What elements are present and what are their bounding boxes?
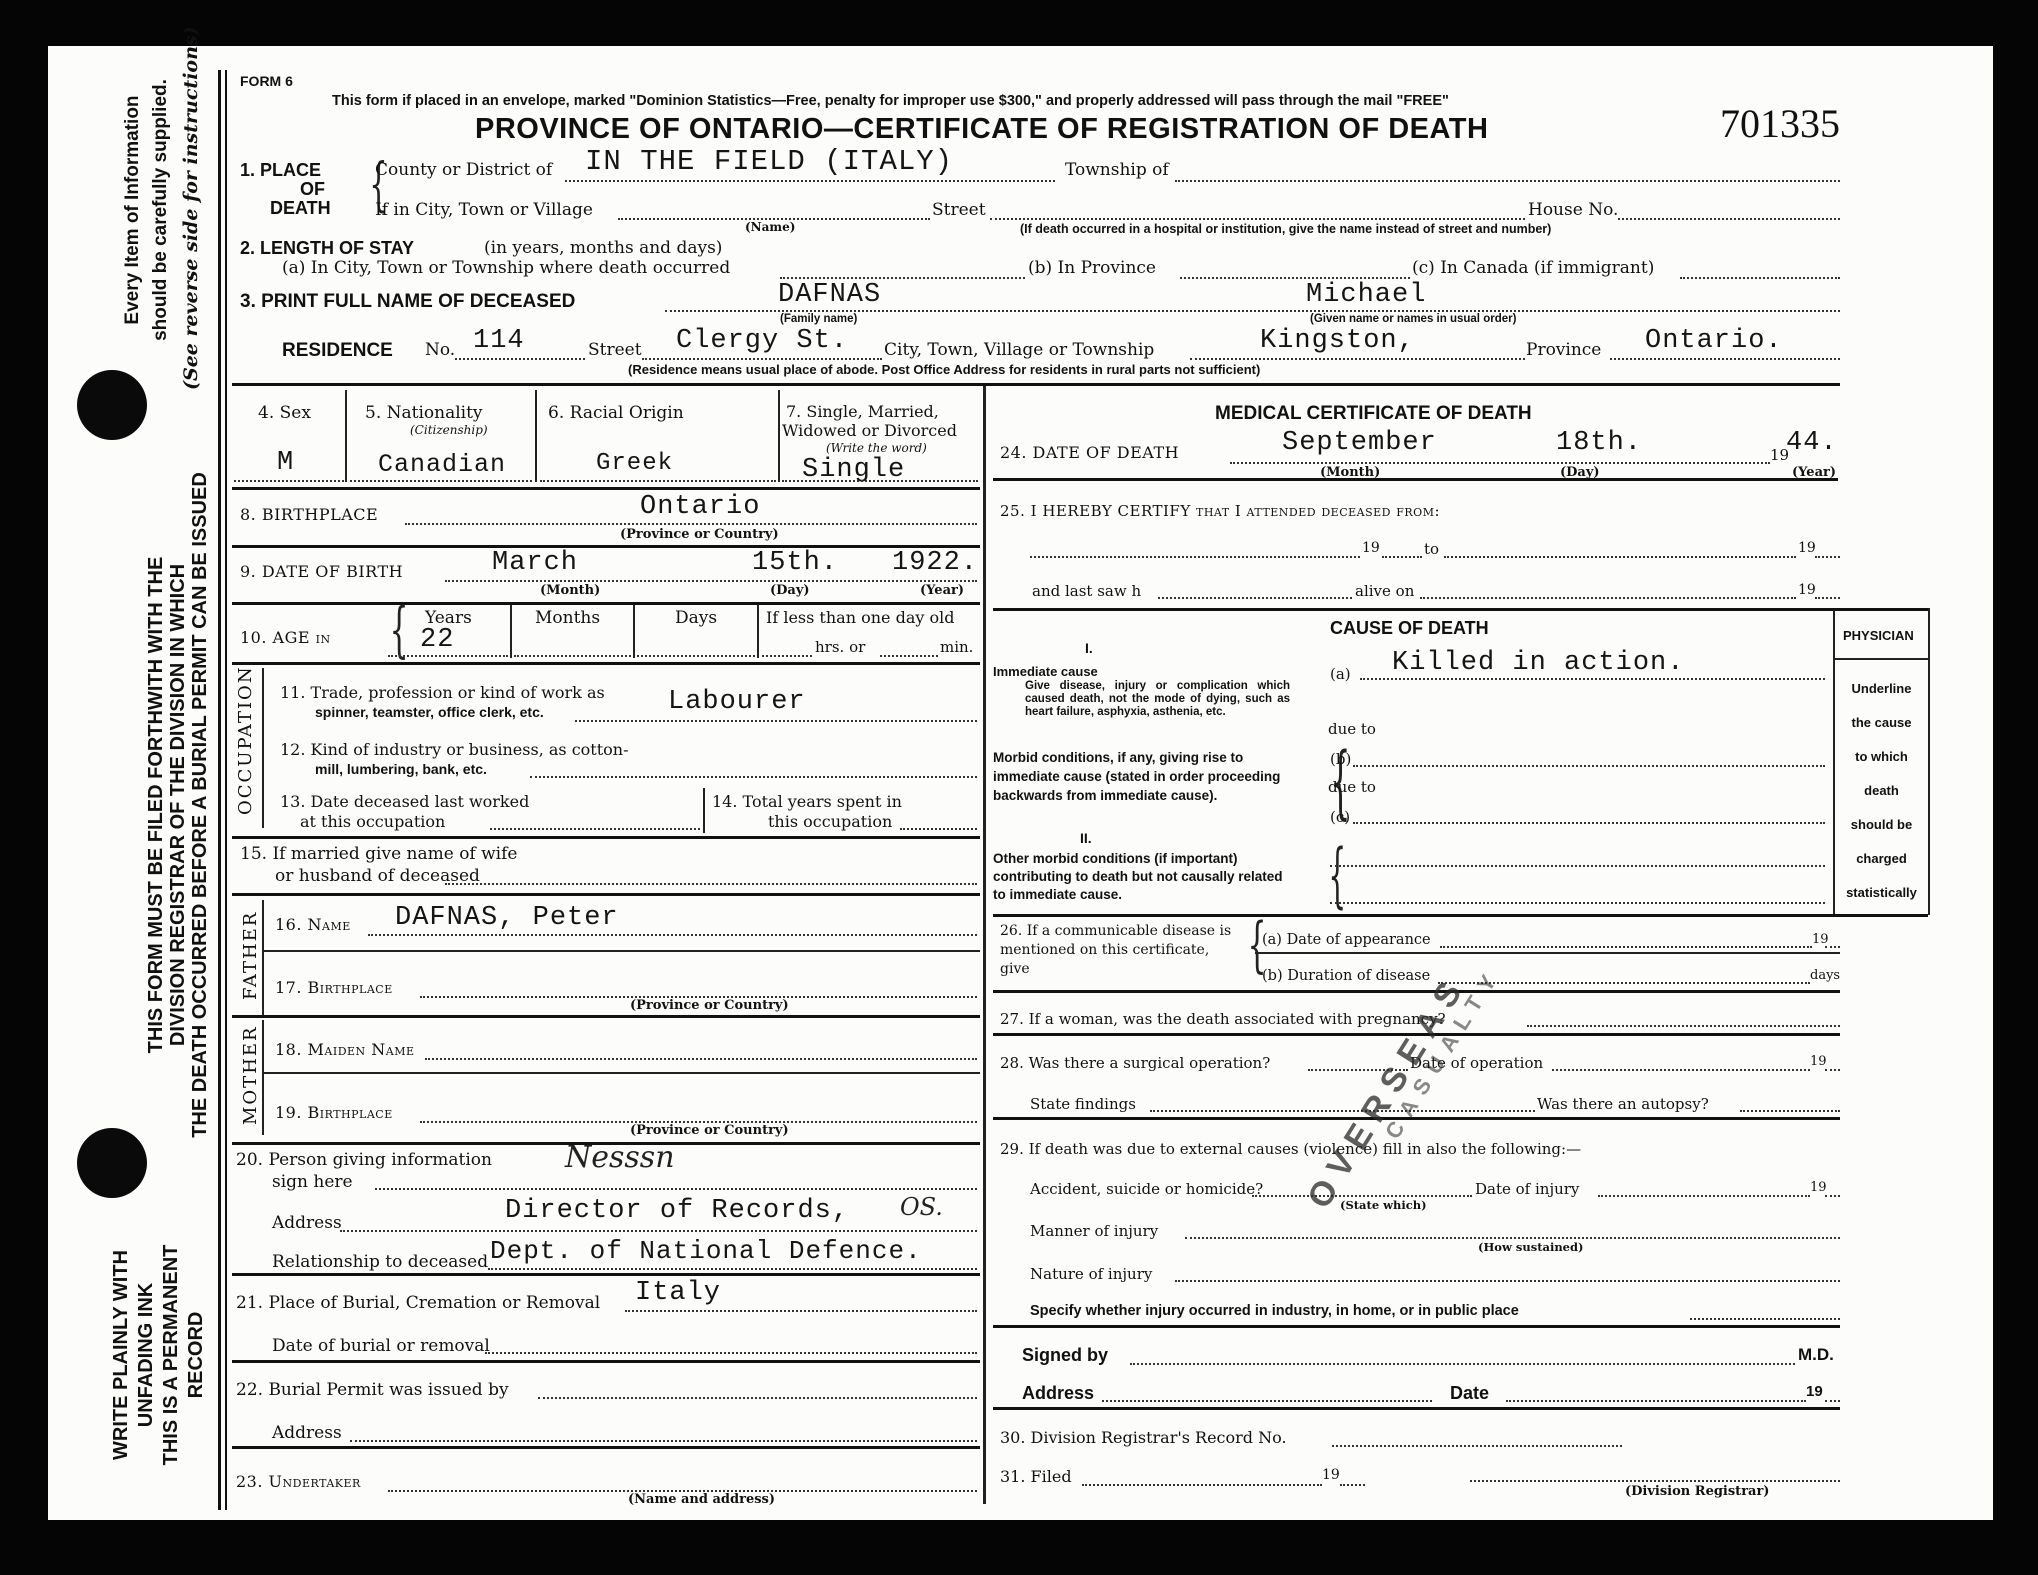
age-years-value[interactable]: 22 [420, 625, 454, 655]
industry-label-1: 12. Kind of industry or business, as cot… [280, 740, 629, 759]
burial-date-line[interactable] [485, 1352, 977, 1354]
margin-ink-2: UNFADING INK [135, 1240, 158, 1470]
burial-place-label: 21. Place of Burial, Cremation or Remova… [236, 1293, 600, 1313]
mother-maiden-line[interactable] [425, 1058, 977, 1060]
registrar-caption: (Division Registrar) [1625, 1484, 1769, 1499]
informant-address-line [340, 1230, 977, 1232]
stay-city-line[interactable] [780, 277, 1025, 279]
age-label: 10. AGE in [240, 628, 331, 647]
attended-from-year-line [1382, 556, 1422, 558]
injury-date-label: Date of injury [1475, 1180, 1579, 1198]
given-name-caption: (Given name or names in usual order) [1310, 313, 1516, 325]
column-divider [983, 386, 986, 1504]
township-line[interactable] [1175, 180, 1840, 182]
attended-from-line[interactable] [1030, 556, 1360, 558]
informant-address-value[interactable]: Director of Records, [505, 1196, 849, 1226]
where-line[interactable] [1690, 1318, 1840, 1320]
undertaker-caption: (Name and address) [628, 1492, 775, 1507]
occupation-divider [703, 788, 705, 833]
page-title: PROVINCE OF ONTARIO—CERTIFICATE OF REGIS… [475, 113, 1488, 146]
trade-label-1: 11. Trade, profession or kind of work as [280, 683, 605, 702]
place-of-death-label-1: 1. PLACE [240, 160, 321, 181]
physician-heading: PHYSICIAN [1843, 628, 1914, 643]
age-days-label: Days [675, 608, 717, 628]
form-number: FORM 6 [240, 73, 293, 89]
dob-day-value[interactable]: 15th. [752, 548, 838, 578]
father-birthplace-label: 17. Birthplace [275, 978, 393, 997]
marital-sub: (Write the word) [826, 441, 927, 455]
street-label: Street [932, 200, 986, 220]
total-years-label-2: this occupation [768, 812, 892, 831]
other-morbid-line-2[interactable] [1330, 902, 1825, 904]
appearance-line[interactable] [1440, 946, 1812, 948]
stay-canada-label: (c) In Canada (if immigrant) [1412, 258, 1654, 278]
residence-province-value[interactable]: Ontario. [1645, 326, 1783, 356]
physician-note-line: to which [1835, 740, 1928, 774]
township-label: Township of [1065, 160, 1169, 180]
physician-note-line: Underline [1835, 672, 1928, 706]
margin-ink-3: THIS IS A PERMANENT [160, 1240, 183, 1470]
mother-maiden-label: 18. Maiden Name [275, 1040, 415, 1059]
filed-19: 19 [1322, 1467, 1340, 1483]
street-line[interactable] [990, 218, 1525, 220]
alive-on-line[interactable] [1420, 597, 1796, 599]
cell-divider-2 [535, 390, 537, 482]
other-brace: { [1328, 840, 1346, 910]
residence-province-label: Province [1526, 340, 1601, 360]
appearance-label: (a) Date of appearance [1262, 932, 1431, 948]
father-side-label: FATHER [240, 911, 261, 1000]
punch-hole-bottom [77, 1128, 147, 1198]
relationship-value[interactable]: Dept. of National Defence. [490, 1236, 922, 1266]
autopsy-line[interactable] [1740, 1110, 1840, 1112]
external-label: 29. If death was due to external causes … [1000, 1140, 1581, 1158]
manner-line[interactable] [1185, 1237, 1840, 1239]
stay-province-label: (b) In Province [1028, 258, 1156, 278]
record-no-line[interactable] [1332, 1445, 1622, 1447]
racial-origin-line [540, 480, 776, 482]
deceased-name-label: 3. PRINT FULL NAME OF DECEASED [240, 291, 575, 313]
sex-line [234, 480, 344, 482]
given-name-value[interactable]: Michael [1306, 280, 1426, 310]
cause-c-label: (c) [1330, 808, 1350, 826]
autopsy-label: Was there an autopsy? [1537, 1095, 1709, 1113]
operation-label: 28. Was there a surgical operation? [1000, 1054, 1270, 1072]
dod-line [1230, 462, 1770, 464]
birthplace-caption: (Province or Country) [620, 527, 779, 542]
right-divider-2 [993, 608, 1928, 611]
row-divider-4 [232, 662, 980, 665]
accident-line[interactable] [1252, 1195, 1472, 1197]
relationship-line [488, 1268, 977, 1270]
last-saw-label: and last saw h [1032, 582, 1141, 600]
informant-address-label: Address [272, 1213, 342, 1233]
relationship-label: Relationship to deceased [272, 1252, 488, 1272]
cause-a-line [1360, 678, 1825, 680]
dod-label: 24. DATE OF DEATH [1000, 443, 1179, 462]
age-days-line[interactable] [637, 655, 755, 657]
punch-hole-top [77, 370, 147, 440]
permit-line[interactable] [538, 1397, 977, 1399]
alive-on-19: 19 [1798, 582, 1816, 598]
father-divider [264, 950, 980, 952]
mother-side-label: MOTHER [240, 1025, 261, 1125]
nature-label: Nature of injury [1030, 1265, 1152, 1283]
serial-number: 701335 [1720, 100, 1840, 147]
row-divider-6 [232, 893, 980, 896]
father-name-label: 16. Name [275, 915, 351, 934]
section-two-label: II. [1080, 830, 1092, 846]
row-divider-10 [232, 1360, 980, 1363]
attended-to-line[interactable] [1444, 556, 1796, 558]
residence-street-line [642, 358, 882, 360]
informant-label-2: sign here [272, 1172, 353, 1192]
nationality-label: 5. Nationality [365, 403, 483, 423]
dod-day-value[interactable]: 18th. [1556, 428, 1642, 458]
stay-canada-line[interactable] [1680, 277, 1840, 279]
dob-year-caption: (Year) [920, 583, 964, 598]
manner-label: Manner of injury [1030, 1222, 1158, 1240]
physician-year-line [1825, 1400, 1840, 1402]
physician-date-line[interactable] [1506, 1400, 1806, 1402]
margin-filing-2: DIVISION REGISTRAR OF THE DIVISION IN WH… [167, 435, 190, 1175]
cause-a-value[interactable]: Killed in action. [1392, 648, 1684, 678]
last-saw-line[interactable] [1158, 597, 1352, 599]
last-worked-label-2: at this occupation [300, 812, 445, 831]
family-name-caption: (Family name) [780, 313, 857, 325]
residence-city-value[interactable]: Kingston, [1260, 326, 1415, 356]
margin-ink-1: WRITE PLAINLY WITH [110, 1240, 133, 1470]
age-brace: { [390, 600, 409, 660]
injury-year-line [1825, 1195, 1840, 1197]
physician-note-line: should be [1835, 808, 1928, 842]
spouse-label-1: 15. If married give name of wife [240, 844, 517, 864]
total-years-label-1: 14. Total years spent in [712, 792, 902, 811]
communicable-label: 26. If a communicable disease is mention… [1000, 922, 1240, 979]
residence-label: RESIDENCE [282, 340, 393, 362]
attended-to-19: 19 [1798, 540, 1816, 556]
burial-date-label: Date of burial or removal [272, 1336, 490, 1356]
injury-date-line[interactable] [1598, 1195, 1810, 1197]
alive-on-label: alive on [1355, 582, 1414, 600]
cause-heading: CAUSE OF DEATH [1330, 618, 1489, 639]
spouse-line[interactable] [445, 883, 977, 885]
appearance-year-line [1825, 946, 1840, 948]
dod-year-value[interactable]: 44. [1786, 428, 1838, 458]
nature-line[interactable] [1175, 1280, 1840, 1282]
county-value[interactable]: IN THE FIELD (ITALY) [585, 145, 953, 178]
right-divider-8 [993, 1407, 1840, 1410]
physician-address-label: Address [1022, 1383, 1094, 1404]
birthplace-value[interactable]: Ontario [640, 492, 760, 522]
injury-date-19: 19 [1810, 1180, 1827, 1195]
row-divider-2 [232, 545, 980, 548]
trade-value[interactable]: Labourer [668, 687, 806, 717]
right-divider-3 [993, 914, 1928, 917]
residence-street-value[interactable]: Clergy St. [676, 326, 848, 356]
birthplace-label: 8. BIRTHPLACE [240, 505, 378, 524]
margin-filing-1: THIS FORM MUST BE FILED FORTHWITH WITH T… [145, 435, 168, 1175]
findings-label: State findings [1030, 1095, 1136, 1113]
filed-year-line [1340, 1484, 1365, 1486]
father-name-line [368, 934, 977, 936]
physician-note-line: the cause [1835, 706, 1928, 740]
city-caption: (Name) [745, 220, 795, 234]
right-divider-7 [993, 1325, 1840, 1328]
right-divider-1 [993, 478, 1838, 481]
due-to-2: due to [1328, 778, 1376, 796]
residence-street-label: Street [588, 340, 642, 360]
dob-month-caption: (Month) [540, 583, 600, 598]
age-min-label: min. [940, 638, 973, 656]
attended-to-year-line [1815, 556, 1840, 558]
age-years-line [388, 655, 508, 657]
mother-bracket [262, 1020, 264, 1135]
house-line[interactable] [1618, 218, 1840, 220]
nationality-value[interactable]: Canadian [378, 450, 506, 479]
age-months-label: Months [535, 608, 600, 628]
other-morbid-line-1[interactable] [1330, 865, 1825, 867]
undertaker-label: 23. Undertaker [236, 1472, 361, 1491]
permit-label: 22. Burial Permit was issued by [236, 1380, 509, 1400]
occupation-bracket [262, 668, 264, 828]
physician-date-19: 19 [1806, 1383, 1823, 1400]
row-divider-5 [232, 836, 980, 839]
dod-month-value[interactable]: September [1282, 428, 1437, 458]
length-of-stay-note: (in years, months and days) [484, 238, 722, 258]
total-years-line[interactable] [900, 828, 977, 830]
accident-caption: (State which) [1340, 1198, 1427, 1212]
filed-label: 31. Filed [1000, 1467, 1072, 1486]
cell-divider-1 [345, 390, 347, 482]
physician-note-line: charged [1835, 842, 1928, 876]
cause-c-line[interactable] [1353, 822, 1825, 824]
sex-value[interactable]: M [277, 448, 294, 478]
appearance-19: 19 [1812, 932, 1829, 947]
marital-label-1: 7. Single, Married, [786, 402, 939, 421]
alive-on-year-line [1815, 597, 1840, 599]
informant-address-initials: OS. [900, 1193, 943, 1221]
cause-b-line[interactable] [1353, 765, 1825, 767]
operation-date-line[interactable] [1552, 1069, 1810, 1071]
md-label: M.D. [1798, 1345, 1834, 1365]
attended-to-label: to [1424, 540, 1439, 558]
father-birthplace-caption: (Province or Country) [630, 998, 789, 1013]
pregnancy-line[interactable] [1527, 1025, 1840, 1027]
margin-filing-3: THE DEATH OCCURRED BEFORE A BURIAL PERMI… [189, 435, 212, 1175]
where-label: Specify whether injury occurred in indus… [1030, 1303, 1519, 1319]
stay-city-label: (a) In City, Town or Township where deat… [282, 258, 730, 278]
physician-date-label: Date [1450, 1383, 1489, 1404]
duration-unit: days [1810, 968, 1840, 983]
dob-label: 9. DATE OF BIRTH [240, 562, 403, 581]
burial-place-value[interactable]: Italy [635, 1278, 721, 1308]
last-worked-label-1: 13. Date deceased last worked [280, 792, 529, 811]
row-divider-1 [232, 487, 980, 490]
age-min-line[interactable] [880, 655, 938, 657]
place-of-death-label-2: OF [300, 179, 325, 200]
nationality-sub: (Citizenship) [410, 423, 488, 437]
mother-birthplace-label: 19. Birthplace [275, 1103, 393, 1122]
physician-box-right [1928, 608, 1930, 915]
dob-year-value[interactable]: 1922. [892, 548, 978, 578]
informant-label-1: 20. Person giving information [236, 1150, 492, 1170]
informant-signature: Nesssn [565, 1140, 675, 1175]
pregnancy-label: 27. If a woman, was the death associated… [1000, 1010, 1446, 1028]
occupation-side-label: OCCUPATION [235, 665, 256, 815]
physician-heading-rule [1835, 658, 1928, 660]
postal-note: This form if placed in an envelope, mark… [332, 93, 1449, 109]
residence-city-label: City, Town, Village or Township [884, 340, 1154, 360]
residence-province-line [1610, 358, 1840, 360]
age-months-line[interactable] [514, 655, 631, 657]
cell-divider-3 [778, 390, 780, 482]
residence-no-line [455, 358, 585, 360]
permit-address-label: Address [272, 1423, 342, 1443]
morbid-note: Morbid conditions, if any, giving rise t… [993, 748, 1288, 805]
signed-by-label: Signed by [1022, 1345, 1108, 1366]
burial-place-line [625, 1310, 977, 1312]
dob-line [445, 580, 977, 582]
filed-line[interactable] [1082, 1484, 1322, 1486]
operation-year-line [1825, 1069, 1840, 1071]
sex-label: 4. Sex [258, 403, 311, 423]
physician-note: Underline the cause to which death shoul… [1835, 672, 1928, 910]
record-no-label: 30. Division Registrar's Record No. [1000, 1428, 1287, 1447]
age-hrs-label: hrs. or [815, 638, 865, 656]
stay-province-line[interactable] [1180, 277, 1410, 279]
residence-no-label: No. [425, 340, 455, 360]
industry-label-2: mill, lumbering, bank, etc. [315, 761, 487, 777]
residence-city-line [1190, 358, 1525, 360]
immediate-cause-label: Immediate cause [993, 664, 1098, 679]
family-name-value[interactable]: DAFNAS [778, 280, 881, 310]
immediate-cause-note: Give disease, injury or complication whi… [1025, 680, 1290, 719]
father-bracket [262, 900, 264, 1015]
trade-line [575, 720, 977, 722]
section-one-label: I. [1085, 640, 1093, 656]
city-label: If in City, Town or Village [375, 200, 593, 220]
trade-label-2: spinner, teamster, office clerk, etc. [315, 704, 544, 720]
county-line [565, 180, 1055, 182]
mother-birthplace-caption: (Province or Country) [630, 1123, 789, 1138]
dob-month-value[interactable]: March [492, 548, 578, 578]
deceased-name-line [665, 310, 1840, 312]
cause-a-label: (a) [1330, 665, 1351, 683]
place-of-death-label-3: DEATH [270, 198, 331, 219]
margin-double-rule [218, 70, 227, 1510]
age-divider-2 [633, 605, 635, 658]
residence-note: (Residence means usual place of abode. P… [628, 362, 1260, 377]
age-hrs-line[interactable] [762, 655, 812, 657]
row-divider-9 [232, 1273, 980, 1276]
findings-line[interactable] [1150, 1110, 1535, 1112]
medical-heading: MEDICAL CERTIFICATE OF DEATH [1215, 403, 1532, 425]
row-divider-7 [232, 1015, 980, 1018]
house-label: House No. [1528, 200, 1618, 220]
margin-instructions-2: should be carefully supplied. [150, 60, 172, 360]
age-divider-1 [510, 605, 512, 658]
county-label: County or District of [375, 160, 552, 180]
age-less-label: If less than one day old [766, 608, 954, 627]
last-worked-line[interactable] [490, 828, 700, 830]
communicable-divider [1255, 952, 1840, 954]
margin-ink-4: RECORD [185, 1240, 208, 1470]
signed-by-line[interactable] [1130, 1363, 1795, 1365]
header-divider [232, 383, 1840, 386]
racial-origin-value[interactable]: Greek [596, 450, 673, 477]
certify-label: 25. I HEREBY CERTIFY that I attended dec… [1000, 502, 1440, 520]
nationality-line [350, 480, 532, 482]
physician-note-line: statistically [1835, 876, 1928, 910]
registrar-sign-line[interactable] [1470, 1480, 1840, 1482]
right-divider-4 [993, 990, 1840, 993]
physician-note-line: death [1835, 774, 1928, 808]
age-divider-3 [757, 605, 759, 658]
dob-day-caption: (Day) [770, 583, 810, 598]
margin-instructions-3: (See reverse side for instructions) [180, 60, 202, 390]
industry-line[interactable] [530, 776, 977, 778]
hospital-note: (If death occurred in a hospital or inst… [1020, 222, 1551, 236]
duration-label: (b) Duration of disease [1262, 968, 1430, 984]
marital-label-2: Widowed or Divorced [782, 421, 957, 440]
length-of-stay-label: 2. LENGTH OF STAY [240, 238, 414, 259]
manner-caption: (How sustained) [1478, 1240, 1583, 1254]
attended-from-19: 19 [1362, 540, 1380, 556]
marital-line [782, 480, 978, 482]
other-morbid-note: Other morbid conditions (if important) c… [993, 850, 1288, 904]
mother-divider [264, 1072, 980, 1074]
informant-sign-line[interactable] [375, 1188, 977, 1190]
birthplace-line [405, 523, 977, 525]
accident-label: Accident, suicide or homicide? [1030, 1180, 1263, 1198]
row-divider-3 [232, 602, 980, 605]
residence-no-value[interactable]: 114 [473, 326, 525, 356]
racial-origin-label: 6. Racial Origin [548, 403, 684, 423]
permit-address-line[interactable] [350, 1440, 977, 1442]
cause-b-label: (b) [1330, 750, 1351, 768]
operation-date-19: 19 [1810, 1054, 1827, 1069]
physician-address-line[interactable] [1102, 1400, 1432, 1402]
father-name-value[interactable]: DAFNAS, Peter [395, 903, 619, 933]
row-divider-11 [232, 1446, 980, 1449]
margin-instructions-1: Every Item of Information [122, 60, 144, 360]
